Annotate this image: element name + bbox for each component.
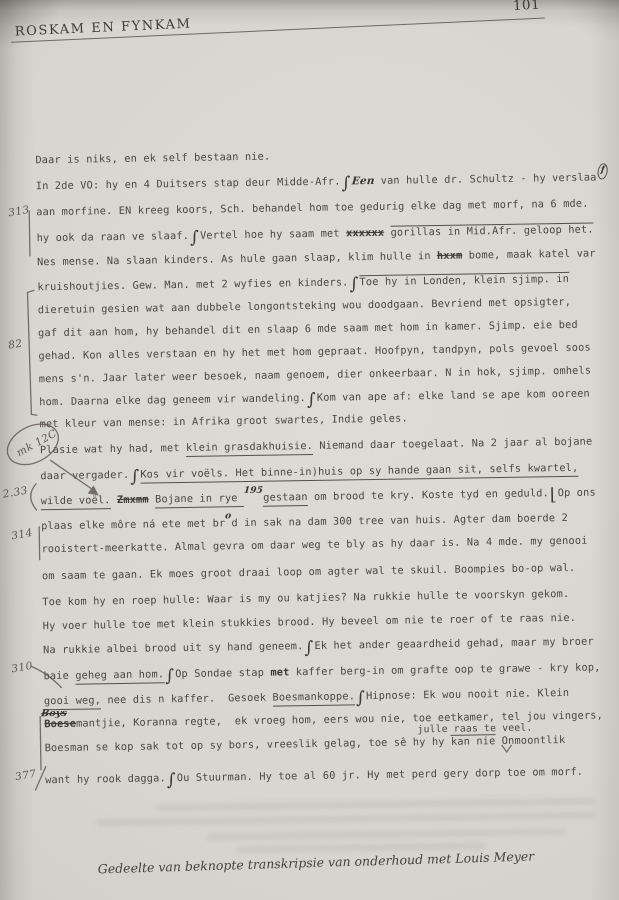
pen-separator-mark: ∫ (190, 233, 199, 243)
typed-text-segment: Toe kom hy en roep hulle: Waar is my ou … (42, 588, 569, 608)
typed-text-segment: om brood te kry. Koste tyd en geduld. (308, 487, 549, 503)
typed-text-segment: rooistert-meerkatte. Almal gevra om daar… (41, 535, 587, 556)
typescript-line: hom. Daarna elke dag geneem vir wandelin… (39, 387, 599, 411)
typescript-line: Nes mense. Na slaan kinders. As hule gaa… (37, 247, 597, 271)
typed-text-segment: julle raas te veel. (417, 722, 532, 737)
typescript-line: In 2de VO: hy en 4 Duitsers stap deur Mi… (36, 171, 596, 195)
typescript-line: met kleur van mense: in Afrika groot swa… (39, 409, 599, 433)
typescript-line: Toe kom hy en roep hulle: Waar is my ou … (42, 587, 602, 611)
typed-text-segment: Op ons (558, 487, 596, 500)
typed-text-segment: Na rukkie albei brood uit sy hand geneem… (43, 640, 303, 656)
typed-text-segment: kaffer berg-in om grafte oop te grawe - … (289, 661, 600, 678)
typed-text-segment: gorillas in Mid.Afr. geloop het. (390, 223, 593, 240)
typed-text-segment: aan morfine. EN kreeg koors, Sch. behand… (36, 198, 589, 219)
typed-text-segment: plaas elke môre ná ete met br (41, 517, 225, 532)
typescript-line: hy ook da raan ve slaaf.∫Vertel hoe hy s… (37, 222, 597, 246)
pen-separator-mark: ⌊ (550, 490, 557, 500)
typescript-line: Hy voer hulle toe met klein stukkies bro… (43, 611, 603, 635)
typescript-line: om saam te gaan. Ek moes groot draai loo… (42, 561, 602, 585)
margin-note: 82 (7, 337, 23, 351)
handwritten-annotation: f (597, 163, 609, 179)
typescript-line: Daar is niks, en ek self bestaan nie. (35, 145, 595, 169)
typed-text-segment: Hipnose: Ek wou nooit nie. Klein (366, 687, 569, 702)
typed-text-segment: wilde voël. (41, 494, 111, 510)
typed-text-segment: Nes mense. Na slaan kinders. As hule gaa… (37, 250, 437, 268)
typed-text-segment: gestaan (263, 491, 308, 507)
typed-text-segment: Bojane in rye (155, 492, 244, 508)
typescript-line: aan morfine. EN kreeg koors, Sch. behand… (36, 197, 596, 221)
typescript-body: Daar is niks, en ek self bestaan nie.In … (0, 0, 619, 900)
typescript-line: Plasie wat hy had, met klein grasdakhuis… (40, 435, 600, 459)
typed-text-segment: xxxxxx (346, 227, 384, 240)
typed-text-segment: met kleur van mense: in Afrika groot swa… (39, 412, 407, 430)
typed-text-segment: hom. Daarna elke dag geneem vir wandelin… (39, 392, 306, 408)
typescript-line: want hy rook dagga.∫Ou Stuurman. Hy toe … (45, 765, 605, 789)
typescript-line: kruishoutjies. Gew. Man. met 2 wyfies en… (37, 271, 597, 295)
typed-text-segment: hxxm (437, 250, 463, 262)
pen-separator-mark: ∫ (304, 643, 313, 653)
typed-text-segment: Op Sondae stap (175, 667, 270, 680)
pen-separator-mark: ∫ (307, 395, 316, 405)
typed-text-segment: Vertel hoe hy saam met (200, 227, 346, 241)
typed-text-segment: Kos vir voëls. Het binne-in)huis op sy h… (140, 462, 578, 484)
page-content: ROSKAM EN FYNKAM 101 Daar is niks, en ek… (0, 0, 619, 900)
typed-text-segment: Kom van ape af: elke land se ape kom oor… (317, 388, 590, 404)
typescript-line: daar vergader.∫Kos vir voëls. Het binne-… (40, 461, 600, 485)
typescript-line: plaas elke môre ná ete met brod in sak n… (41, 511, 601, 535)
typed-text-segment: gehad. Kon alles verstaan en hy het met … (38, 342, 591, 363)
typed-text-segment: van hulle dr. Schultz - hy verslaa (374, 171, 596, 186)
typescript-line: gaf dit aan hom, hy behandel dit en slaa… (38, 318, 598, 342)
handwritten-annotation: Boys (40, 707, 67, 720)
typed-text-segment: daar vergader. (40, 469, 129, 482)
typescript-line: mens s'n. Jaar later weer besoek, naam g… (39, 364, 599, 388)
typed-text-segment: Onmoontlik (495, 734, 565, 747)
typed-text-segment: Daar is niks, en ek self bestaan nie. (35, 151, 270, 167)
typed-text-segment: klein grasdakhuisie. (186, 440, 313, 457)
handwritten-annotation: Een (351, 175, 375, 188)
typed-text-segment: Hy voer hulle toe met klein stukkies bro… (43, 612, 576, 632)
scanned-page: ROSKAM EN FYNKAM 101 Daar is niks, en ek… (0, 0, 619, 900)
typed-text-segment: hy ook da raan ve slaaf. (37, 230, 190, 244)
typed-text-segment: Ou Stuurman. Hy toe al 60 jr. Hy met per… (177, 766, 583, 784)
typed-text-segment: kan nie (451, 734, 496, 749)
typescript-line: wilde voël. Zmxmm Bojane in rye 195gesta… (41, 486, 601, 510)
typed-text-segment: geheg aan hom. (75, 668, 164, 684)
typed-text-segment: nee dis n kaffer. Gesoek (101, 692, 273, 707)
typed-text-segment: baie (43, 670, 75, 682)
pen-separator-mark: ∫ (356, 693, 365, 703)
typed-text-segment: dieretuin gesien wat aan dubbele longont… (38, 296, 571, 316)
pen-separator-mark: ∫ (165, 671, 174, 681)
typed-text-segment: d in sak na dam 300 tree van huis. Agter… (231, 512, 568, 529)
typed-text-segment: mens s'n. Jaar later weer besoek, naam g… (39, 365, 592, 386)
pen-separator-mark: ∫ (342, 178, 351, 188)
pen-separator-mark: ∫ (167, 775, 176, 785)
typescript-line: gooi weg, nee dis n kaffer. Gesoek Boesm… (44, 686, 604, 710)
typed-text-segment: kruishoutjies. Gew. Man. met 2 wyfies en… (37, 276, 348, 293)
pen-separator-mark: ∫ (130, 472, 139, 482)
typed-text-segment: gaf dit aan hom, hy behandel dit en slaa… (38, 319, 578, 339)
typescript-line: gehad. Kon alles verstaan en hy het met … (38, 341, 598, 365)
typed-text-segment: Boesman se kop sak tot op sy bors, vrees… (45, 736, 451, 754)
typed-text-segment: Toe hy in Londen, klein sjimp. in (359, 272, 569, 289)
typed-text-segment: Ek het ander geaardheid gehad, maar my b… (314, 636, 594, 652)
typescript-line: julle raas te veel.Boesman se kop sak to… (45, 732, 605, 756)
typed-text-segment: Boesmankoppe. (272, 690, 355, 706)
typed-text-segment: Niemand daar toegelaat. Na 2 jaar al boj… (313, 436, 593, 452)
typed-text-segment: met (270, 666, 289, 678)
typescript-line: rooistert-meerkatte. Almal gevra om daar… (41, 534, 601, 558)
typescript-line: dieretuin gesien wat aan dubbele longont… (38, 295, 598, 319)
typed-text-segment: om saam te gaan. Ek moes groot draai loo… (42, 562, 575, 582)
typed-text-segment: Zmxmm (117, 494, 149, 506)
typed-text-segment: In 2de VO: hy en 4 Duitsers stap deur Mi… (36, 175, 341, 192)
typescript-line: Na rukkie albei brood uit sy hand geneem… (43, 635, 603, 659)
typed-text-segment: bome, maak katel var (462, 247, 596, 261)
typed-text-segment: Plasie wat hy had, met (40, 442, 186, 456)
typescript-line: baie geheg aan hom.∫Op Sondae stap met k… (43, 661, 603, 685)
handwritten-annotation: 195 (243, 485, 264, 498)
pen-separator-mark: ∫ (349, 279, 358, 289)
typed-text-segment: want hy rook dagga. (45, 772, 166, 786)
